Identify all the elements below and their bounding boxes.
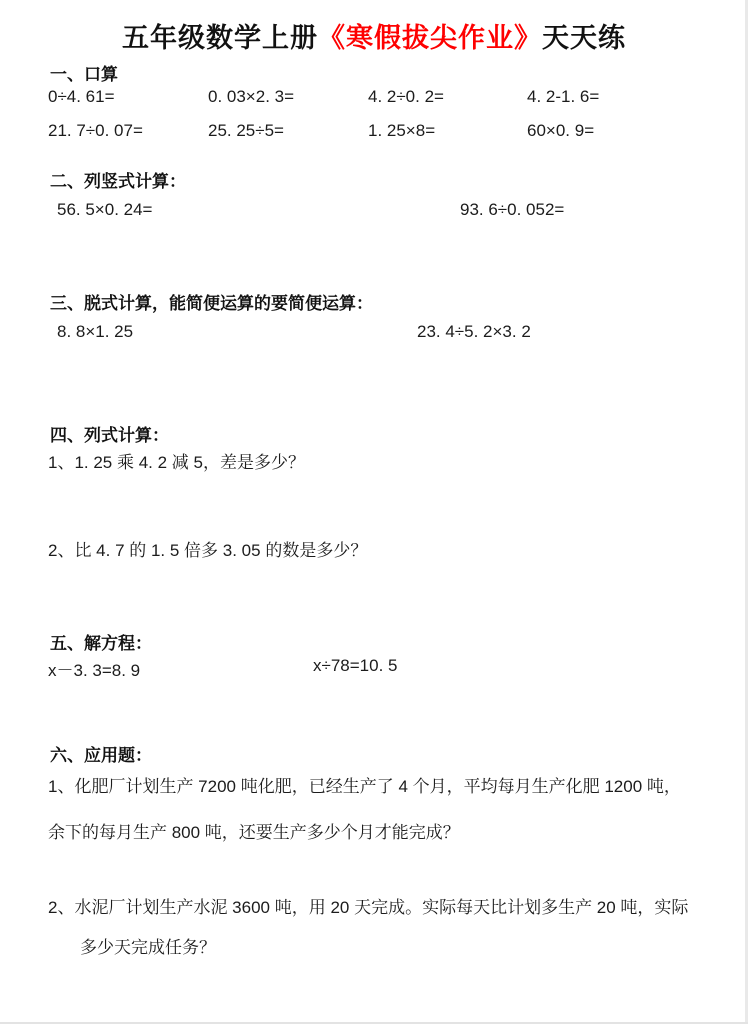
title-right-text: 天天练: [542, 23, 626, 53]
section-3-heading: 三、脱式计算，能简便运算的要简便运算：: [50, 289, 373, 314]
oral-problem-8: 60×0. 9=: [527, 121, 594, 141]
stepwise-problem-2: 23. 4÷5. 2×3. 2: [417, 322, 531, 342]
title-left-text: 五年级数学上册: [122, 23, 318, 53]
vertical-problem-2: 93. 6÷0. 052=: [460, 200, 564, 220]
title-red-text: 《寒假拔尖作业》: [318, 23, 542, 53]
equation-2: x÷78=10. 5: [313, 656, 397, 676]
word-problem-1-line-1: 1、化肥厂计划生产 7200 吨化肥，已经生产了 4 个月，平均每月生产化肥 1…: [48, 772, 681, 797]
section-1-heading: 一、口算: [50, 60, 118, 85]
word-problem-1-line-2: 余下的每月生产 800 吨，还要生产多少个月才能完成？: [48, 818, 460, 843]
word-problem-2-line-1: 2、水泥厂计划生产水泥 3600 吨，用 20 天完成。实际每天比计划多生产 2…: [48, 893, 688, 918]
word-problem-2-line-2: 多少天完成任务？: [80, 933, 216, 958]
section-6-heading: 六、应用题：: [50, 741, 152, 766]
vertical-problem-1: 56. 5×0. 24=: [57, 200, 152, 220]
section-5-heading: 五、解方程：: [50, 629, 152, 654]
section-4-heading: 四、列式计算：: [50, 421, 169, 446]
oral-problem-4: 4. 2-1. 6=: [527, 87, 599, 107]
equation-1: x－3. 3=8. 9: [48, 656, 140, 681]
oral-problem-5: 21. 7÷0. 07=: [48, 121, 143, 141]
section-2-heading: 二、列竖式计算：: [50, 167, 186, 192]
expression-question-2: 2、比 4. 7 的 1. 5 倍多 3. 05 的数是多少？: [48, 536, 367, 561]
oral-problem-3: 4. 2÷0. 2=: [368, 87, 444, 107]
expression-question-1: 1、1. 25 乘 4. 2 减 5，差是多少？: [48, 448, 305, 473]
page-title: 五年级数学上册《寒假拔尖作业》天天练: [0, 16, 748, 55]
oral-problem-2: 0. 03×2. 3=: [208, 87, 294, 107]
oral-problem-7: 1. 25×8=: [368, 121, 435, 141]
oral-problem-1: 0÷4. 61=: [48, 87, 115, 107]
worksheet-page: 五年级数学上册《寒假拔尖作业》天天练 一、口算 0÷4. 61= 0. 03×2…: [0, 0, 748, 1024]
oral-problem-6: 25. 25÷5=: [208, 121, 284, 141]
stepwise-problem-1: 8. 8×1. 25: [57, 322, 133, 342]
